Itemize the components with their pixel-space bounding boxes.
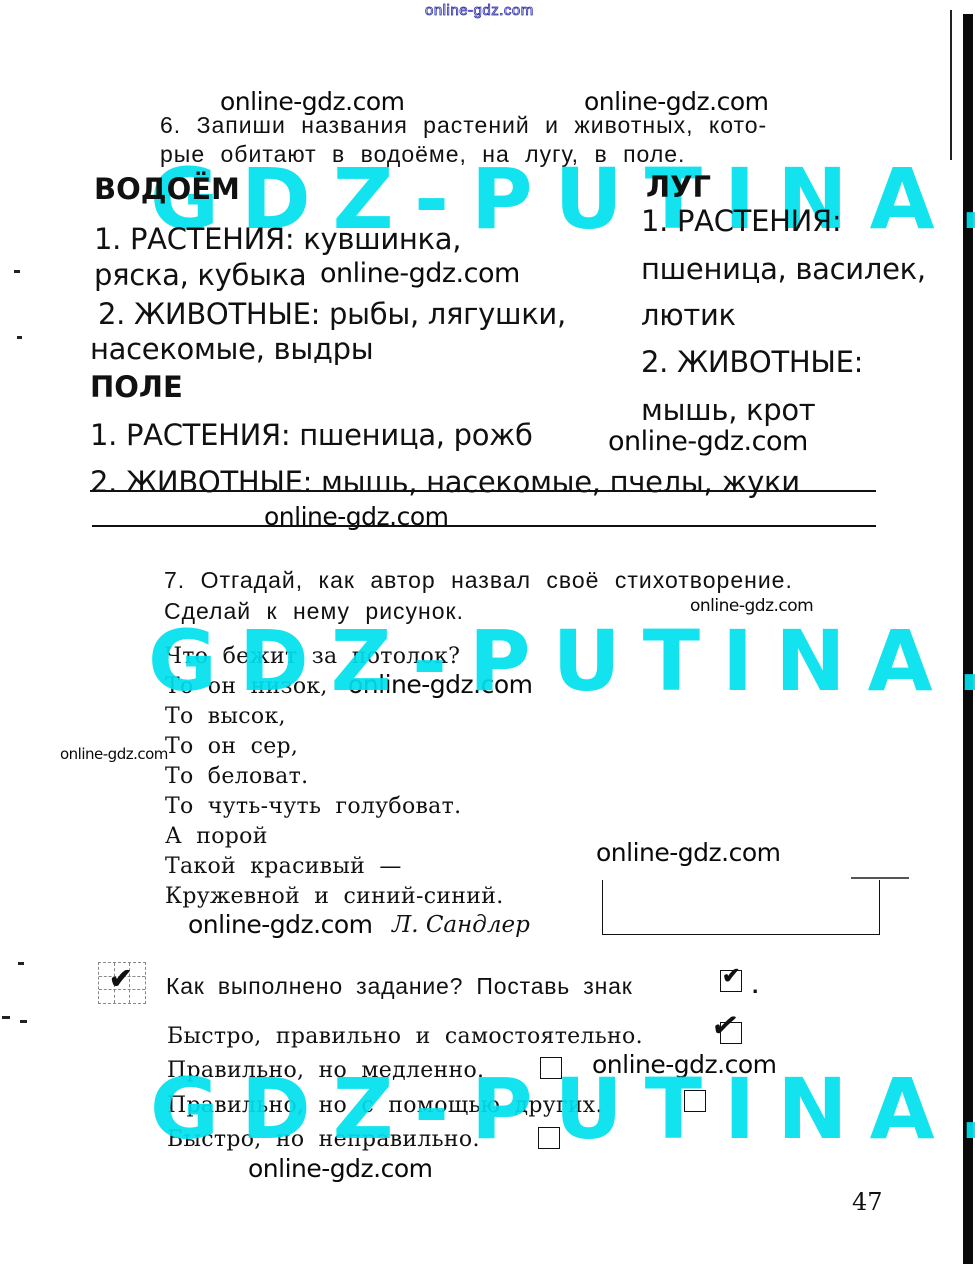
poem-line: Такой красивый — <box>165 854 402 879</box>
vodoem-plants-line1: 1. РАСТЕНИЯ: кувшинка, <box>94 222 461 256</box>
vodoem-animals-line1: 2. ЖИВОТНЫЕ: рыбы, лягушки, <box>98 297 566 331</box>
watermark: online-gdz.com <box>320 258 520 289</box>
site-watermark-top: online-gdz.com <box>425 2 534 19</box>
period: . <box>752 972 759 999</box>
scan-speck <box>17 336 22 339</box>
self-check-question: Как выполнено задание? Поставь знак <box>166 973 633 1000</box>
section-heading-pole: ПОЛЕ <box>90 370 183 404</box>
scan-speck <box>20 1020 27 1023</box>
answer-line <box>90 490 876 492</box>
watermark: online-gdz.com <box>264 502 448 531</box>
self-check-icon: ✔ <box>98 962 146 1004</box>
pole-plants: 1. РАСТЕНИЯ: пшеница, рожб <box>90 418 533 452</box>
checkmark-icon: ✔ <box>109 965 132 993</box>
section-heading-vodoem: ВОДОЁМ <box>94 172 240 206</box>
checkmark-icon: ✔ <box>722 965 740 987</box>
scan-speck <box>18 962 24 965</box>
drawing-box[interactable] <box>602 880 880 935</box>
page-edge-line <box>950 10 952 160</box>
sample-checkbox-icon: ✔ <box>720 970 742 992</box>
lug-plants-line2: пшеница, василек, <box>641 252 926 286</box>
lug-animals-line2: мышь, крот <box>641 393 815 427</box>
scan-speck <box>14 270 20 273</box>
watermark: online-gdz.com <box>60 745 168 763</box>
watermark: online-gdz.com <box>248 1154 432 1183</box>
page-number: 47 <box>852 1188 883 1216</box>
lug-animals-line1: 2. ЖИВОТНЫЕ: <box>641 345 863 379</box>
poem-author: Л. Сандлер <box>392 912 530 938</box>
pole-animals: 2. ЖИВОТНЫЕ: мышь, насекомые, пчелы, жук… <box>90 465 800 499</box>
poem-line: То беловат. <box>165 764 308 789</box>
self-check-option: Быстро, правильно и самостоятельно. <box>167 1024 643 1049</box>
handwritten-check-icon: ✓ <box>708 1007 742 1045</box>
watermark-logo: GDZ-PUTINA.RU <box>150 1060 975 1158</box>
watermark: online-gdz.com <box>608 426 808 457</box>
answer-line <box>92 525 876 527</box>
poem-line: То чуть-чуть голубоват. <box>165 794 461 819</box>
task6-text-line1: 6. Запиши названия растений и животных, … <box>160 112 767 139</box>
self-check-checkbox[interactable]: ✓ <box>720 1022 742 1044</box>
poem-line: То он сер, <box>165 734 298 759</box>
poem-line: А порой <box>165 824 268 849</box>
lug-plants-line3: лютик <box>641 298 736 332</box>
vodoem-animals-line2: насекомые, выдры <box>90 332 373 366</box>
watermark: online-gdz.com <box>596 838 780 867</box>
section-heading-lug: ЛУГ <box>646 170 711 204</box>
lug-plants-line1: 1. РАСТЕНИЯ: <box>641 204 841 238</box>
scan-speck <box>2 1016 10 1019</box>
watermark: online-gdz.com <box>188 910 372 939</box>
poem-line: Кружевной и синий-синий. <box>165 884 504 909</box>
vodoem-plants-line2: ряска, кубыка <box>94 258 306 292</box>
task7-text-line1: 7. Отгадай, как автор назвал своё стихот… <box>164 567 793 594</box>
watermark-logo: GDZ-PUTINA.RU <box>148 612 975 710</box>
